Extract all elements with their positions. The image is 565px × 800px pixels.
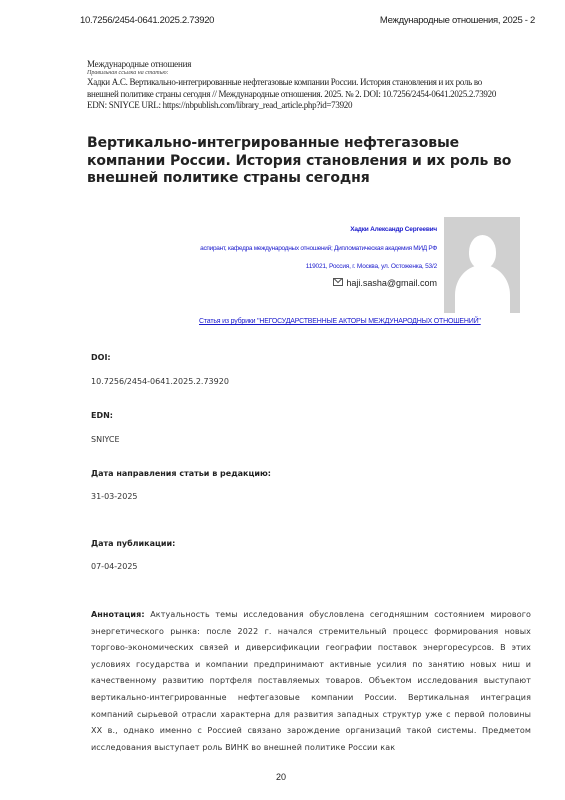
citation-label: Правильная ссылка на статью: <box>87 70 169 76</box>
author-block: Хадки Александр Сергеевич аспирант, кафе… <box>200 226 437 288</box>
published-value: 07-04-2025 <box>91 562 138 571</box>
edn-label: EDN: <box>91 411 113 420</box>
author-email[interactable]: haji.sasha@gmail.com <box>346 278 437 288</box>
doi-label: DOI: <box>91 353 111 362</box>
envelope-icon <box>333 278 343 286</box>
doi-value: 10.7256/2454-0641.2025.2.73920 <box>91 377 229 386</box>
citation-text: Хадки А.С. Вертикально-интегрированные н… <box>87 77 507 112</box>
article-title: Вертикально-интегрированные нефтегазовые… <box>87 135 517 188</box>
page-number: 20 <box>276 772 286 782</box>
submitted-value: 31-03-2025 <box>91 492 138 501</box>
author-email-row[interactable]: haji.sasha@gmail.com <box>200 278 437 288</box>
abstract-label: Аннотация: <box>91 610 145 619</box>
abstract: Аннотация: Актуальность темы исследовани… <box>91 607 531 756</box>
author-affiliation: аспирант, кафедра международных отношени… <box>200 245 437 252</box>
published-label: Дата публикации: <box>91 539 175 548</box>
author-photo-placeholder <box>444 217 520 313</box>
author-name: Хадки Александр Сергеевич <box>200 226 437 233</box>
rubric-link[interactable]: Статья из рубрики "НЕГОСУДАРСТВЕННЫЕ АКТ… <box>199 318 481 325</box>
author-address: 119021, Россия, г. Москва, ул. Остоженка… <box>200 263 437 270</box>
header-journal-issue: Международные отношения, 2025 - 2 <box>380 15 535 26</box>
submitted-label: Дата направления статьи в редакцию: <box>91 469 271 478</box>
header-doi: 10.7256/2454-0641.2025.2.73920 <box>80 15 214 26</box>
journal-name: Международные отношения <box>87 59 191 69</box>
abstract-text: Актуальность темы исследования обусловле… <box>91 610 531 752</box>
avatar-head-shape <box>469 235 496 269</box>
edn-value: SNIYCE <box>91 435 120 444</box>
avatar-body-shape <box>455 265 510 313</box>
